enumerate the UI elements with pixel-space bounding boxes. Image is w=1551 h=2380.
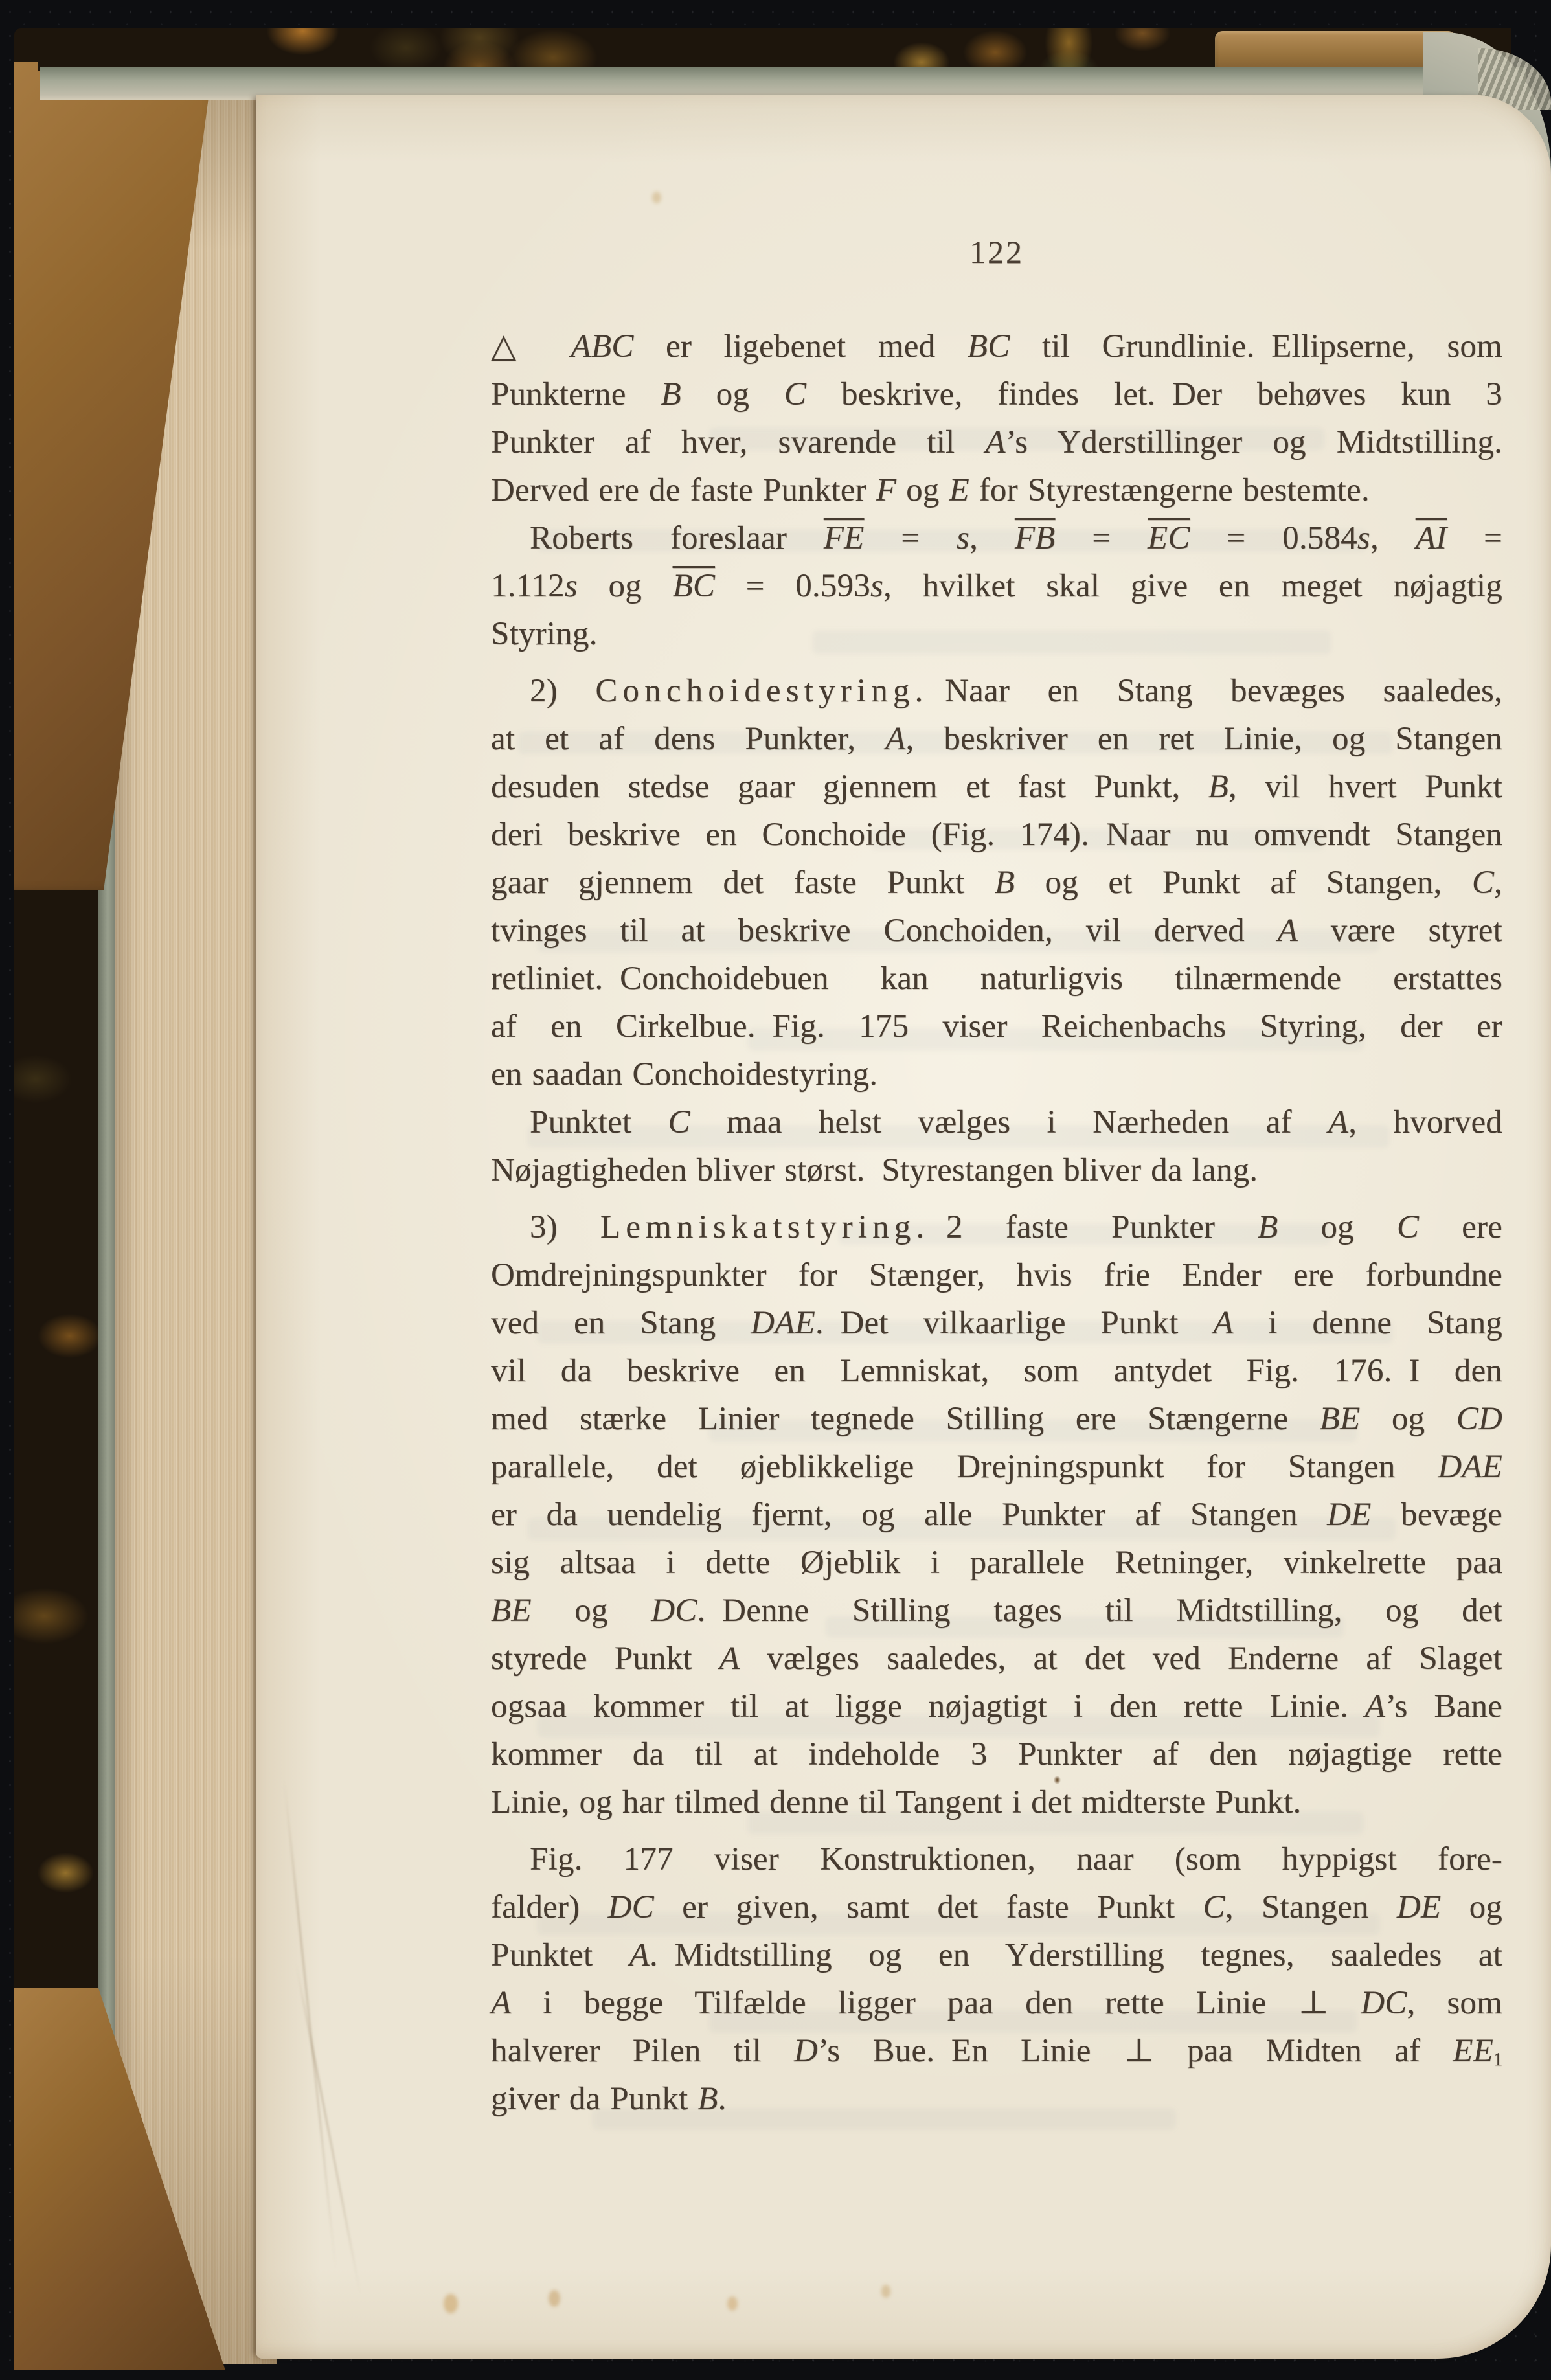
page-stain — [549, 2290, 560, 2307]
text-line: deri beskrive en Conchoide (Fig. 174). N… — [491, 811, 1502, 859]
text-segment: retliniet. Conchoidebuen kan naturligvis… — [491, 960, 1502, 997]
text-line: ved en Stang DAE. Det vilkaarlige Punkt … — [491, 1299, 1502, 1347]
text-segment: D — [794, 2033, 818, 2069]
text-segment: . Midtstilling og en Yderstilling tegnes… — [650, 1937, 1502, 1973]
text-segment: BE — [1320, 1401, 1361, 1437]
text-line: Punktet C maa helst vælges i Nærheden af… — [491, 1098, 1502, 1146]
text-line: halverer Pilen til D’s Bue. En Linie ⊥ p… — [491, 2027, 1502, 2075]
text-segment: . Denne Stilling tages til Midtstilling,… — [697, 1592, 1502, 1629]
text-line: Styring. — [491, 610, 1502, 658]
text-segment: maa helst vælges i Nærheden af — [690, 1104, 1328, 1140]
text-segment: tvinges til at beskrive Conchoiden, vil … — [491, 912, 1278, 949]
text-line: giver da Punkt B. — [491, 2075, 1502, 2123]
text-segment: , beskriver en ret Linie, og Stangen — [906, 721, 1502, 757]
text-segment: Punktet — [491, 1937, 629, 1973]
text-segment: 2 faste Punkter — [929, 1209, 1258, 1245]
text-line: A i begge Tilfælde ligger paa den rette … — [491, 1979, 1502, 2027]
text-segment: A — [885, 721, 905, 757]
text-segment: at et af dens Punkter, — [491, 721, 885, 757]
text-segment: , Stangen — [1225, 1889, 1397, 1925]
text-segment: , som — [1407, 1985, 1502, 2021]
text-segment: og — [681, 376, 784, 413]
text-segment: DC — [651, 1592, 697, 1629]
text-line: en saadan Conchoidestyring. — [491, 1050, 1502, 1098]
text-line: Roberts foreslaar FE = s, FB = EC = 0.58… — [491, 514, 1502, 562]
text-segment: Punktet — [530, 1104, 668, 1140]
text-segment: Styring. — [491, 616, 598, 652]
page-stain — [444, 2294, 458, 2313]
text-segment: 1 — [1493, 2050, 1502, 2070]
text-segment: E — [949, 472, 969, 508]
text-segment: Fig. 177 viser Konstruktionen, naar (som… — [530, 1841, 1502, 1877]
text-segment: A — [1328, 1104, 1348, 1140]
text-segment: s — [870, 568, 883, 604]
text-line: styrede Punkt A vælges saaledes, at det … — [491, 1635, 1502, 1683]
text-segment: DAE — [751, 1305, 815, 1341]
text-segment: desuden stedse gaar gjennem et fast Punk… — [491, 769, 1208, 805]
text-line: Punkterne B og C beskrive, findes let. D… — [491, 370, 1502, 418]
page-crease — [295, 1962, 361, 2293]
text-segment: B — [661, 376, 681, 413]
text-segment: er da uendelig fjernt, og alle Punkter a… — [491, 1497, 1327, 1533]
text-segment: DC — [608, 1889, 654, 1925]
text-segment: af en Cirkelbue. Fig. 175 viser Reichenb… — [491, 1008, 1502, 1045]
text-segment: ved en Stang — [491, 1305, 751, 1341]
text-segment: Punkter af hver, svarende til — [491, 424, 985, 460]
text-segment: vælges saaledes, at det ved Enderne af S… — [740, 1640, 1502, 1677]
text-segment: og — [1441, 1889, 1502, 1925]
text-line: vil da beskrive en Lemniskat, som antyde… — [491, 1347, 1502, 1395]
text-segment: = 0.593 — [715, 568, 870, 604]
text-segment: og — [532, 1592, 651, 1629]
text-line: 3) Lemniskatstyring. 2 faste Punkter B o… — [491, 1203, 1502, 1251]
text-segment: halverer Pilen til — [491, 2033, 794, 2069]
page-stain — [652, 192, 661, 203]
text-segment: , — [1494, 865, 1502, 901]
text-segment: F — [876, 472, 896, 508]
text-line: 1.112s og BC = 0.593s, hvilket skal give… — [491, 562, 1502, 610]
text-segment: s — [957, 520, 969, 556]
text-segment: B — [697, 2081, 718, 2117]
text-segment: A — [719, 1640, 740, 1677]
page-stain — [727, 2296, 738, 2311]
text-segment: A — [491, 1985, 511, 2021]
text-line: Punktet A. Midtstilling og en Yderstilli… — [491, 1931, 1502, 1979]
text-segment: C — [1472, 865, 1494, 901]
text-segment: A — [1365, 1688, 1385, 1725]
text-segment: , vil hvert Punkt — [1228, 769, 1502, 805]
page-stain — [881, 2285, 890, 2298]
text-segment: = — [1447, 520, 1502, 556]
text-segment: Conchoidestyring. — [595, 673, 928, 709]
text-segment: og — [578, 568, 673, 604]
text-segment: kommer da til at indeholde 3 Punkter af … — [491, 1736, 1502, 1773]
text-line: at et af dens Punkter, A, beskriver en r… — [491, 715, 1502, 763]
text-segment: ’s Bane — [1385, 1688, 1502, 1725]
text-segment: BC — [968, 328, 1010, 365]
text-segment: deri beskrive en Conchoide (Fig. 174). N… — [491, 817, 1502, 853]
text-segment: Nøjagtigheden bliver størst. Styrestange… — [491, 1152, 1258, 1188]
text-segment: EE — [1453, 2033, 1493, 2069]
text-line: Nøjagtigheden bliver størst. Styrestange… — [491, 1146, 1502, 1194]
text-segment: C — [784, 376, 806, 413]
page-crease — [283, 1780, 336, 2269]
text-segment: falder) — [491, 1889, 608, 1925]
text-segment: A — [1213, 1305, 1233, 1341]
text-line: Linie, og har tilmed denne til Tangent i… — [491, 1778, 1502, 1826]
text-segment: Lemniskatstyring. — [600, 1209, 929, 1245]
text-segment: s — [1357, 520, 1370, 556]
book-photo: 122 △ ABC er ligebenet med BC til Grundl… — [0, 0, 1551, 2380]
text-segment: og et Punkt af Stangen, — [1015, 865, 1472, 901]
text-segment: BE — [491, 1592, 532, 1629]
text-segment: B — [1258, 1209, 1278, 1245]
text-segment: 3) — [530, 1209, 600, 1245]
text-line: BE og DC. Denne Stilling tages til Midts… — [491, 1587, 1502, 1635]
text-segment: FE — [824, 520, 865, 556]
text-segment: C — [1203, 1889, 1225, 1925]
text-segment: . — [718, 2081, 727, 2117]
text-segment: B — [995, 865, 1015, 901]
text-line: kommer da til at indeholde 3 Punkter af … — [491, 1730, 1502, 1778]
text-segment: BC — [673, 568, 716, 604]
text-segment: være styret — [1298, 912, 1502, 949]
text-line: af en Cirkelbue. Fig. 175 viser Reichenb… — [491, 1003, 1502, 1050]
text-segment: DE — [1397, 1889, 1441, 1925]
text-segment: , — [969, 520, 1015, 556]
text-segment: ere — [1419, 1209, 1502, 1245]
text-segment: , hvorved — [1348, 1104, 1502, 1140]
text-segment: for Styrestængerne bestemte. — [969, 472, 1370, 508]
text-line: ogsaa kommer til at ligge nøjagtigt i de… — [491, 1683, 1502, 1730]
text-segment: , — [1370, 520, 1416, 556]
text-segment: til Grundlinie. Ellipserne, som — [1010, 328, 1502, 365]
text-segment: FB — [1015, 520, 1056, 556]
page-number: 122 — [491, 233, 1502, 271]
text-segment: . Det vilkaarlige Punkt — [815, 1305, 1213, 1341]
text-line: Omdrejningspunkter for Stænger, hvis fri… — [491, 1251, 1502, 1299]
text-segment: Punkterne — [491, 376, 661, 413]
text-segment: 1.112 — [491, 568, 565, 604]
text-line: tvinges til at beskrive Conchoiden, vil … — [491, 907, 1502, 955]
text-segment: 2) — [530, 673, 595, 709]
text-segment: Naar en Stang bevæges saaledes, — [928, 673, 1502, 709]
text-segment: en saadan Conchoidestyring. — [491, 1056, 877, 1093]
text-segment: = — [865, 520, 957, 556]
text-segment: , hvilket skal give en meget nøjagtig — [883, 568, 1502, 604]
text-segment: bevæge — [1372, 1497, 1502, 1533]
text-line: retliniet. Conchoidebuen kan naturligvis… — [491, 955, 1502, 1003]
text-segment: ’s Yderstillinger og Midtstilling. — [1006, 424, 1502, 460]
text-line: desuden stedse gaar gjennem et fast Punk… — [491, 763, 1502, 811]
text-segment: DC — [1361, 1985, 1407, 2021]
text-segment: DE — [1327, 1497, 1371, 1533]
text-segment: med stærke Linier tegnede Stilling ere S… — [491, 1401, 1320, 1437]
text-segment: s — [565, 568, 578, 604]
text-segment: Omdrejningspunkter for Stænger, hvis fri… — [491, 1257, 1502, 1293]
text-segment: og — [1360, 1401, 1456, 1437]
text-line: sig altsaa i dette Øjeblik i parallele R… — [491, 1539, 1502, 1587]
text-segment: = — [1056, 520, 1148, 556]
text-line: Punkter af hver, svarende til A’s Yderst… — [491, 418, 1502, 466]
text-segment: sig altsaa i dette Øjeblik i parallele R… — [491, 1545, 1502, 1581]
text-segment: er ligebenet med — [633, 328, 967, 365]
text-segment: ABC — [571, 328, 634, 365]
text-line: gaar gjennem det faste Punkt B og et Pun… — [491, 859, 1502, 907]
text-line: parallele, det øjeblikkelige Drejningspu… — [491, 1443, 1502, 1491]
text-block: △ ABC er ligebenet med BC til Grundlinie… — [491, 323, 1502, 2123]
text-line: med stærke Linier tegnede Stilling ere S… — [491, 1395, 1502, 1443]
text-segment: gaar gjennem det faste Punkt — [491, 865, 995, 901]
text-segment: og — [896, 472, 949, 508]
text-line: △ ABC er ligebenet med BC til Grundlinie… — [491, 323, 1502, 370]
text-segment: ’s Bue. En Linie ⊥ paa Midten af — [818, 2033, 1453, 2069]
text-segment: C — [1397, 1209, 1419, 1245]
text-segment: A — [1278, 912, 1298, 949]
text-line: 2) Conchoidestyring. Naar en Stang bevæg… — [491, 667, 1502, 715]
text-segment: parallele, det øjeblikkelige Drejningspu… — [491, 1449, 1438, 1485]
text-segment: Derved ere de faste Punkter — [491, 472, 876, 508]
text-segment: Roberts foreslaar — [530, 520, 824, 556]
text-segment: A — [985, 424, 1005, 460]
book-page: 122 △ ABC er ligebenet med BC til Grundl… — [256, 95, 1551, 2359]
text-line: Derved ere de faste Punkter F og E for S… — [491, 466, 1502, 514]
text-segment: i denne Stang — [1234, 1305, 1502, 1341]
text-segment: A — [629, 1937, 650, 1973]
text-line: Fig. 177 viser Konstruktionen, naar (som… — [491, 1835, 1502, 1883]
text-segment: ogsaa kommer til at ligge nøjagtigt i de… — [491, 1688, 1365, 1725]
text-segment: = 0.584 — [1190, 520, 1357, 556]
text-segment: DAE — [1438, 1449, 1502, 1485]
text-segment: vil da beskrive en Lemniskat, som antyde… — [491, 1353, 1502, 1389]
text-segment: Linie, og har tilmed denne til Tangent i… — [491, 1784, 1301, 1820]
text-segment: styrede Punkt — [491, 1640, 719, 1677]
text-segment: giver da Punkt — [491, 2081, 697, 2117]
text-segment: i begge Tilfælde ligger paa den rette Li… — [511, 1985, 1361, 2021]
text-segment: CD — [1456, 1401, 1502, 1437]
text-segment: beskrive, findes let. Der behøves kun 3 — [806, 376, 1502, 413]
text-segment: og — [1278, 1209, 1396, 1245]
text-segment: er given, samt det faste Punkt — [654, 1889, 1203, 1925]
text-segment: B — [1208, 769, 1228, 805]
text-segment: EC — [1148, 520, 1190, 556]
text-segment: △ — [491, 328, 571, 365]
text-line: falder) DC er given, samt det faste Punk… — [491, 1883, 1502, 1931]
text-line: er da uendelig fjernt, og alle Punkter a… — [491, 1491, 1502, 1539]
text-segment: AI — [1416, 520, 1447, 556]
text-segment: C — [668, 1104, 690, 1140]
